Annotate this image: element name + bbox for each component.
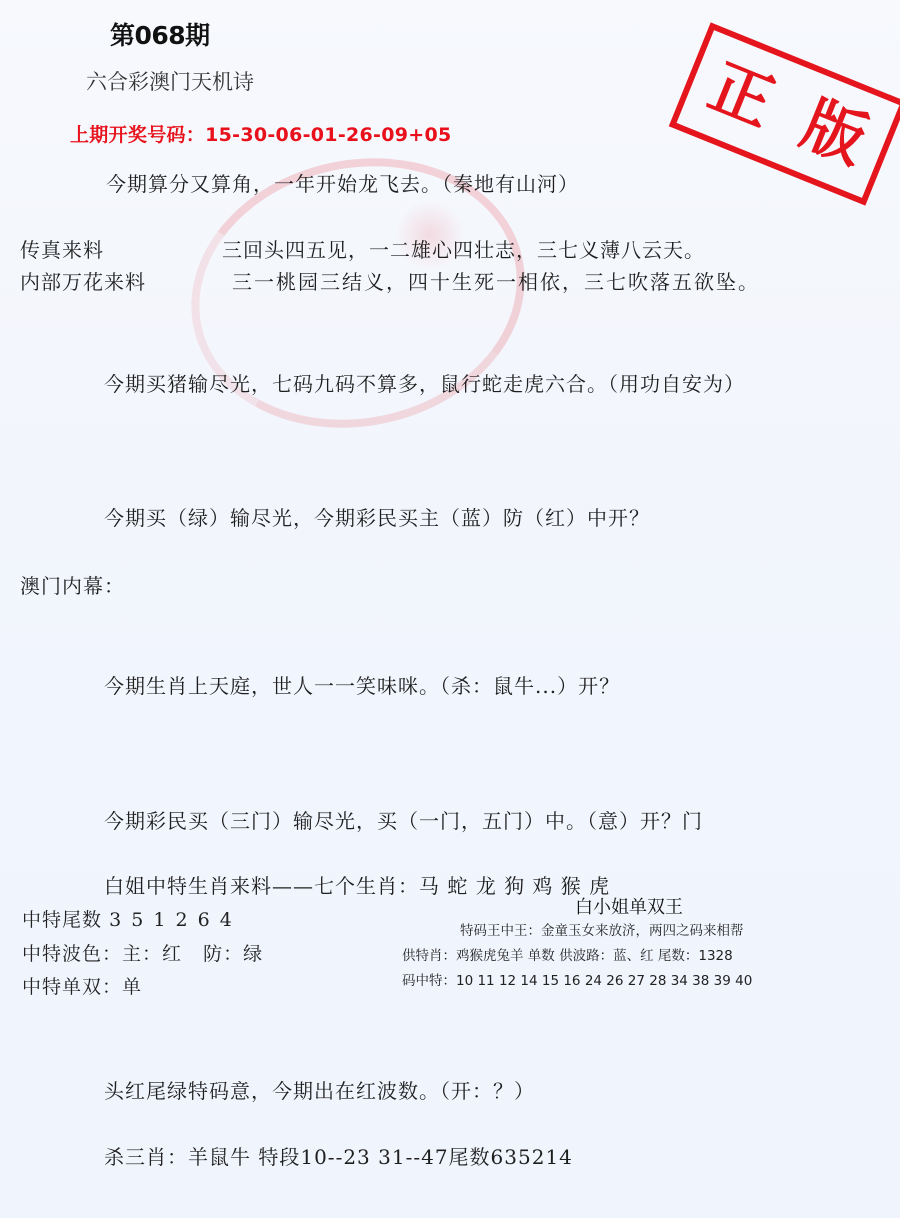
line-kill: 杀三肖：羊鼠牛 特段10--23 31--47尾数635214 — [104, 1141, 573, 1170]
bai-jie-line: 白姐中特生肖来料——七个生肖：马 蛇 龙 狗 鸡 猴 虎 — [104, 870, 610, 899]
fax-label: 传真来料 — [20, 234, 104, 263]
line-zodiac: 今期生肖上天庭，世人一一笑味咪。（杀：鼠牛...）开？ — [104, 670, 620, 699]
odd-even-row: 中特单双：单 — [22, 972, 142, 999]
poem-line: 今期算分又算角，一年开始龙飞去。（秦地有山河） — [106, 168, 579, 197]
issue-title: 第068期 — [110, 16, 210, 52]
odd-even-label: 中特单双： — [22, 976, 122, 998]
line-pig: 今期买猪输尽光，七码九码不算多，鼠行蛇走虎六合。（用功自安为） — [104, 368, 745, 397]
wave-label: 中特波色： — [22, 943, 122, 965]
internal-text: 三一桃园三结义，四十生死一相依，三七吹落五欲坠。 — [232, 266, 760, 295]
fax-text: 三回头四五见，一二雄心四壮志，三七义薄八云天。 — [222, 234, 705, 263]
tail-row: 中特尾数 3 5 1 2 6 4 — [22, 905, 234, 932]
wave-guard: 防：绿 — [203, 943, 263, 965]
tail-values: 3 5 1 2 6 4 — [109, 909, 234, 931]
last-draw: 上期开奖号码：15-30-06-01-26-09+05 — [70, 120, 452, 147]
bai-xiaojie-title: 白小姐单双王 — [575, 893, 683, 919]
authentic-stamp: 正 版 — [669, 22, 900, 205]
stamp-char-2: 版 — [794, 92, 875, 173]
odd-even-value: 单 — [122, 976, 142, 998]
numbers-list: 10 11 12 14 15 16 24 26 27 28 34 38 39 4… — [456, 973, 752, 989]
wave-row: 中特波色：主：红 防：绿 — [22, 939, 263, 966]
numbers-label: 码中特： — [402, 973, 456, 989]
bai-xiaojie-line1: 特码王中王：金童玉女来放济，两四之码来相帮 — [460, 919, 744, 939]
line-color: 今期买（绿）输尽光，今期彩民买主（蓝）防（红）中开？ — [104, 502, 650, 531]
tail-label: 中特尾数 — [22, 909, 102, 931]
wave-main: 主：红 — [122, 943, 182, 965]
bai-xiaojie-line3: 码中特：10 11 12 14 15 16 24 26 27 28 34 38 … — [402, 969, 752, 989]
line-red-head: 头红尾绿特码意，今期出在红波数。（开：？） — [104, 1075, 535, 1104]
line-doors: 今期彩民买（三门）输尽光，买（一门，五门）中。（意）开？门 — [104, 805, 703, 834]
macau-inside-label: 澳门内幕： — [20, 570, 125, 599]
last-draw-label: 上期开奖号码： — [70, 124, 205, 146]
internal-label: 内部万花来料 — [20, 266, 146, 295]
last-draw-numbers: 15-30-06-01-26-09+05 — [205, 124, 451, 146]
stamp-char-1: 正 — [701, 55, 782, 136]
bai-xiaojie-line2: 供特肖：鸡猴虎兔羊 单数 供波路：蓝、红 尾数：1328 — [402, 944, 733, 964]
subtitle: 六合彩澳门天机诗 — [86, 66, 254, 96]
